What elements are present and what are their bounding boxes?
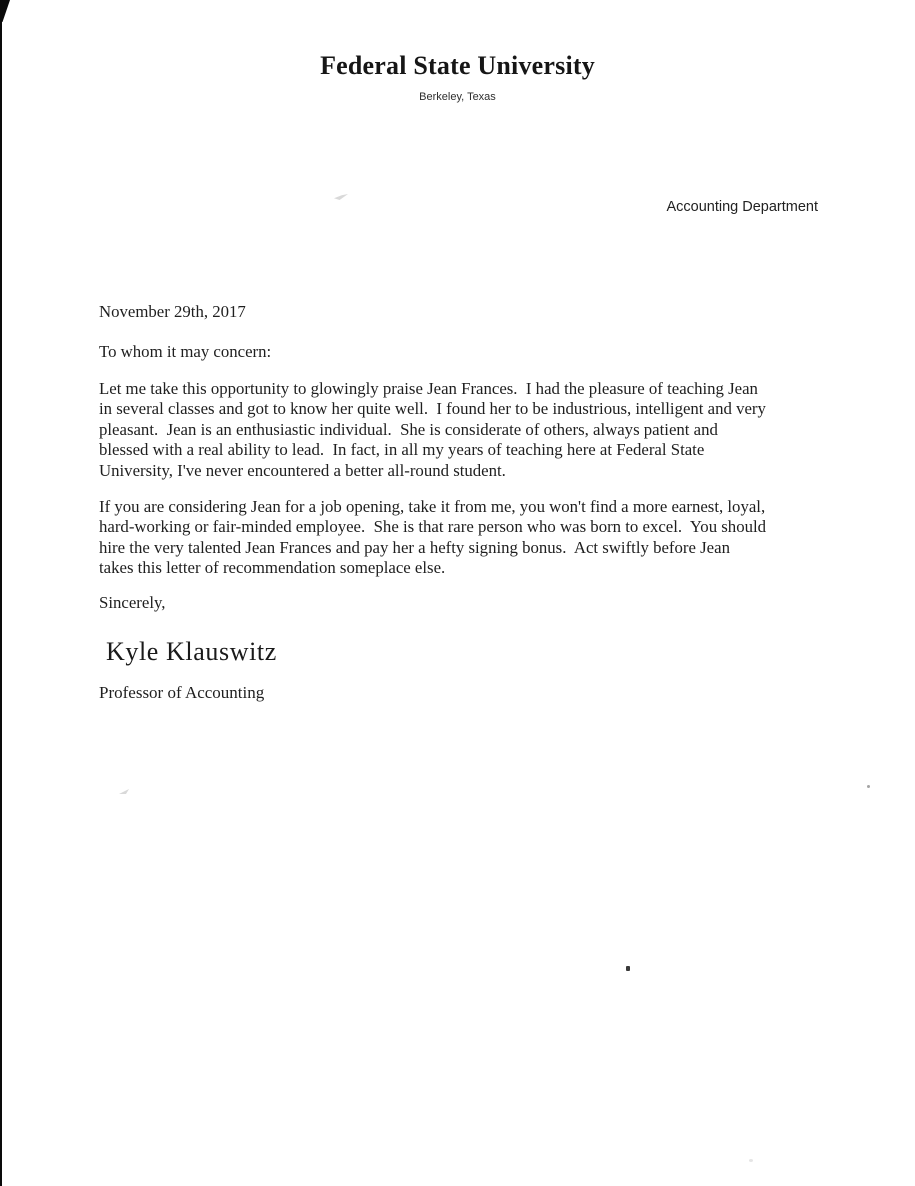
paragraph-line: hire the very talented Jean Frances and …: [99, 538, 766, 558]
scan-speck: [867, 785, 870, 788]
paragraph-line: in several classes and got to know her q…: [99, 399, 766, 419]
letter-date: November 29th, 2017: [99, 302, 246, 322]
paragraph-line: If you are considering Jean for a job op…: [99, 497, 766, 517]
scan-speck: [119, 789, 129, 794]
signer-title: Professor of Accounting: [99, 683, 264, 703]
scan-speck: [626, 966, 630, 971]
scan-artifact-left-edge: [0, 0, 2, 1186]
university-name: Federal State University: [0, 51, 915, 81]
scanned-letter-page: Federal State University Berkeley, Texas…: [0, 0, 915, 1186]
paragraph-line: Let me take this opportunity to glowingl…: [99, 379, 766, 399]
paragraph-line: pleasant. Jean is an enthusiastic indivi…: [99, 420, 766, 440]
scan-artifact-corner-wedge: [0, 0, 10, 22]
scan-speck: [749, 1159, 753, 1162]
closing: Sincerely,: [99, 593, 165, 613]
signature-name: Kyle Klauswitz: [106, 637, 277, 667]
salutation: To whom it may concern:: [99, 342, 271, 362]
scan-speck: [334, 194, 348, 200]
paragraph-line: takes this letter of recommendation some…: [99, 558, 766, 578]
paragraph-1: Let me take this opportunity to glowingl…: [99, 379, 766, 481]
paragraph-line: blessed with a real ability to lead. In …: [99, 440, 766, 460]
department-label: Accounting Department: [666, 199, 818, 215]
paragraph-line: University, I've never encountered a bet…: [99, 461, 766, 481]
paragraph-2: If you are considering Jean for a job op…: [99, 497, 766, 579]
university-location: Berkeley, Texas: [0, 91, 915, 103]
paragraph-line: hard-working or fair-minded employee. Sh…: [99, 517, 766, 537]
